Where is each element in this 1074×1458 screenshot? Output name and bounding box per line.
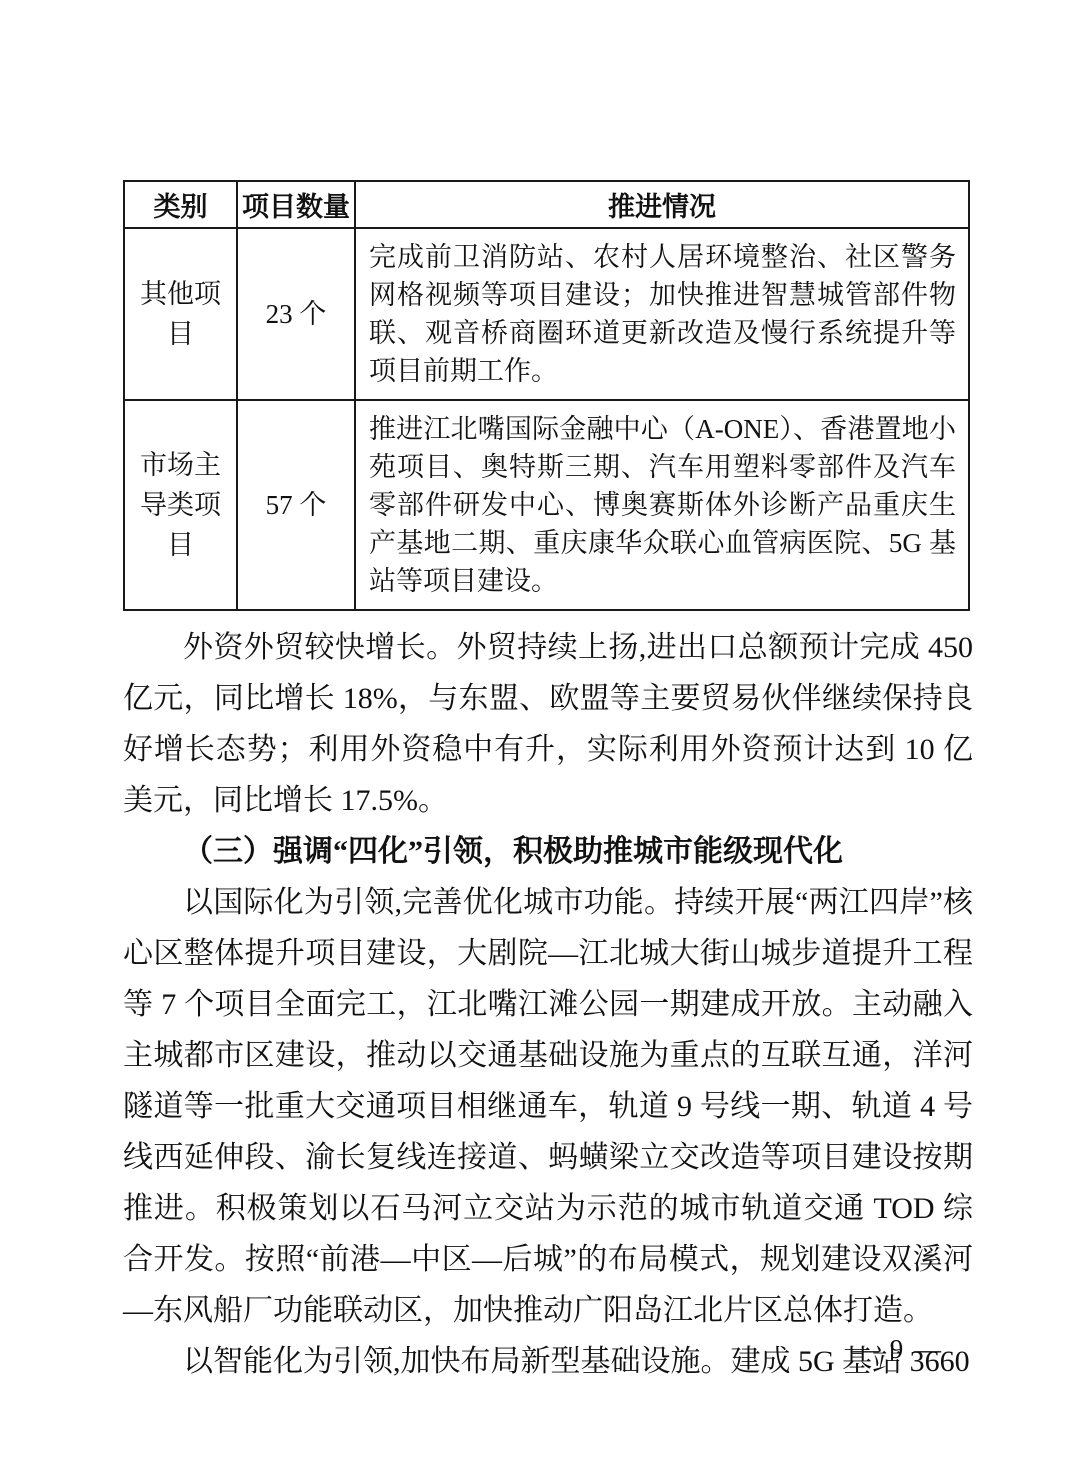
document-page: 类别项目数量推进情况 其他项目23 个完成前卫消防站、农村人居环境整治、社区警务…: [0, 0, 1074, 1458]
content-area: 类别项目数量推进情况 其他项目23 个完成前卫消防站、农村人居环境整治、社区警务…: [123, 180, 973, 1387]
page-number: — 9 —: [852, 1334, 943, 1365]
table-cell-category: 其他项目: [124, 228, 237, 400]
table-header-cell: 推进情况: [355, 181, 969, 228]
table-header-cell: 项目数量: [237, 181, 355, 228]
table-cell-count: 57 个: [237, 400, 355, 610]
body-paragraph: 外资外贸较快增长。外贸持续上扬,进出口总额预计完成 450 亿元，同比增长 18…: [123, 622, 973, 826]
table-cell-category: 市场主导类项目: [124, 400, 237, 610]
projects-table-head: 类别项目数量推进情况: [124, 181, 969, 228]
projects-table: 类别项目数量推进情况 其他项目23 个完成前卫消防站、农村人居环境整治、社区警务…: [123, 180, 970, 611]
table-row: 市场主导类项目57 个推进江北嘴国际金融中心（A-ONE）、香港置地小苑项目、奥…: [124, 400, 969, 610]
body-paragraph: 以智能化为引领,加快布局新型基础设施。建成 5G 基站 3660: [123, 1336, 973, 1387]
table-cell-status: 完成前卫消防站、农村人居环境整治、社区警务网格视频等项目建设；加快推进智慧城管部…: [355, 228, 969, 400]
table-header-cell: 类别: [124, 181, 237, 228]
table-header-row: 类别项目数量推进情况: [124, 181, 969, 228]
section-heading: （三）强调“四化”引领，积极助推城市能级现代化: [123, 826, 973, 877]
projects-table-body: 其他项目23 个完成前卫消防站、农村人居环境整治、社区警务网格视频等项目建设；加…: [124, 228, 969, 610]
table-cell-count: 23 个: [237, 228, 355, 400]
table-row: 其他项目23 个完成前卫消防站、农村人居环境整治、社区警务网格视频等项目建设；加…: [124, 228, 969, 400]
body-paragraph: 以国际化为引领,完善优化城市功能。持续开展“两江四岸”核心区整体提升项目建设，大…: [123, 877, 973, 1336]
document-paragraphs: 外资外贸较快增长。外贸持续上扬,进出口总额预计完成 450 亿元，同比增长 18…: [123, 622, 973, 1387]
table-cell-status: 推进江北嘴国际金融中心（A-ONE）、香港置地小苑项目、奥特斯三期、汽车用塑料零…: [355, 400, 969, 610]
